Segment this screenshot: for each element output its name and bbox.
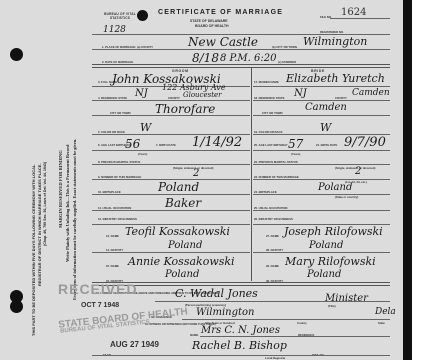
groom-county: Gloucester bbox=[183, 91, 222, 99]
bride-age-rule bbox=[253, 150, 390, 151]
received-stamp-date: OCT 7 1948 bbox=[81, 302, 119, 309]
witness-rule bbox=[200, 336, 390, 337]
deposit-instruction-1: THIS PART TO BE DEPOSITED WITHIN FIVE DA… bbox=[31, 165, 36, 336]
marriage-county: New Castle bbox=[188, 35, 258, 49]
groom-mother-nativity: Poland bbox=[165, 269, 199, 280]
date-rule bbox=[92, 64, 390, 68]
bride-industry-label: 26. INDUSTRY OR BUSINESS bbox=[254, 217, 293, 221]
bride-birthplace: Poland bbox=[318, 182, 352, 193]
groom-birth-date: 1/14/92 bbox=[192, 135, 242, 150]
bride-residence-rule bbox=[253, 100, 390, 101]
groom-mother-name: Annie Kossakowski bbox=[128, 255, 235, 268]
certificate-title: CERTIFICATE OF MARRIAGE bbox=[158, 9, 283, 16]
registrar-hint: Local Registrar bbox=[265, 356, 285, 360]
officiant-title-hint: (Title) bbox=[328, 304, 336, 308]
bride-county: Camden bbox=[352, 88, 390, 98]
deposit-instruction-2: REGISTRAR OF DISTRICT IN WHICH MARRIAGE … bbox=[37, 163, 42, 286]
scan-edge bbox=[403, 0, 412, 360]
bride-father-name-label: 27. NAME bbox=[266, 234, 279, 238]
marriage-city: Wilmington bbox=[303, 35, 367, 48]
bride-birthplace-hint: (State or country) bbox=[335, 195, 358, 199]
bride-marriage-no: 2 bbox=[355, 166, 361, 177]
bride-father-rule bbox=[253, 252, 390, 253]
bride-occupation-rule bbox=[253, 210, 390, 211]
groom-industry-label: 12. INDUSTRY OR BUSINESS bbox=[98, 217, 137, 221]
groom-marriage-no: 2 bbox=[193, 168, 199, 179]
bride-mother-name-label: 29. NAME bbox=[266, 264, 279, 268]
filed-date-stamp: AUG 27 1949 bbox=[110, 340, 159, 349]
groom-father-name-label: 13. NAME bbox=[106, 234, 119, 238]
groom-marital-rule bbox=[92, 164, 250, 165]
punch-hole-bottom-2 bbox=[10, 300, 23, 313]
residence-state-hint: State bbox=[378, 321, 385, 325]
witness-name: Mrs C. N. Jones bbox=[201, 325, 280, 336]
residence-rule bbox=[182, 319, 390, 320]
binding-margin-label: MARGIN RESERVED FOR BINDING bbox=[58, 150, 63, 228]
groom-age: 56 bbox=[125, 137, 140, 151]
groom-occupation-rule bbox=[92, 210, 250, 211]
bride-mother-name: Mary Rilofowski bbox=[285, 255, 376, 268]
witness-name-label: NAME bbox=[190, 333, 198, 337]
registrar-signature: Rachel B. Bishop bbox=[192, 339, 287, 352]
groom-age-unit: (Years) bbox=[138, 152, 147, 156]
officiant-rule bbox=[155, 301, 390, 302]
bride-city: Camden bbox=[305, 102, 347, 113]
bride-color: W bbox=[320, 121, 331, 134]
bride-father-nativity: Poland bbox=[309, 240, 343, 251]
bride-age: 57 bbox=[288, 137, 303, 151]
exact-statement-note: Every item of information must be carefu… bbox=[72, 139, 77, 300]
punch-hole-top bbox=[10, 48, 23, 61]
marriage-certificate: THIS PART TO BE DEPOSITED WITHIN FIVE DA… bbox=[0, 0, 403, 360]
officiant-signature: C. Wadal Jones bbox=[175, 287, 258, 300]
bride-mother-nativity: Poland bbox=[307, 269, 341, 280]
groom-city-rule bbox=[92, 115, 250, 116]
bride-birth-label: 21. BIRTH DATE bbox=[316, 143, 337, 147]
bride-birth-date: 9/7/90 bbox=[344, 135, 386, 150]
marriage-date: 8/18 bbox=[192, 51, 219, 65]
board-label: BOARD OF HEALTH bbox=[195, 24, 229, 28]
marriage-time: 8 P.M. 6:20 bbox=[220, 53, 276, 64]
groom-mother-name-label: 15. NAME bbox=[106, 264, 119, 268]
bride-mother-nativity-label: 30. NATIVITY bbox=[266, 279, 283, 283]
deposit-instruction-3: (Chap. 49, 799 Sec. 56, Laws of Del. Vol… bbox=[43, 162, 47, 246]
officiant-title: Minister bbox=[325, 293, 368, 304]
groom-color: W bbox=[140, 121, 151, 134]
file-no-line bbox=[330, 18, 390, 19]
residence-county-hint: County bbox=[297, 321, 307, 325]
punch-hole-header bbox=[137, 10, 148, 21]
groom-father-nativity: Poland bbox=[168, 240, 202, 251]
bride-name-rule bbox=[253, 86, 390, 87]
bride-birthplace-rule bbox=[253, 194, 390, 195]
groom-state: NJ bbox=[135, 88, 148, 99]
bride-father-name: Joseph Rilofowski bbox=[284, 225, 383, 238]
bride-marriage-no-rule bbox=[253, 179, 390, 180]
groom-city: Thorofare bbox=[155, 102, 215, 116]
column-divider bbox=[251, 67, 252, 281]
state-label: STATE OF DELAWARE bbox=[190, 19, 228, 23]
bride-name: Elizabeth Yuretch bbox=[286, 72, 385, 85]
bride-name-label: 17. MAIDEN NAME bbox=[254, 80, 279, 84]
write-plainly-note: Write Plainly with Unfading Ink—This is … bbox=[65, 145, 70, 263]
groom-age-rule bbox=[92, 150, 250, 151]
officiant-residence-city: Wilmington bbox=[196, 307, 255, 318]
groom-father-rule bbox=[92, 252, 250, 253]
bride-age-unit: (Years) bbox=[291, 152, 300, 156]
bureau-label: BUREAU OF VITAL STATISTICS bbox=[104, 12, 136, 20]
groom-residence-rule bbox=[92, 100, 250, 101]
groom-father-name: Teofil Kossakowski bbox=[125, 225, 230, 238]
received-stamp: RECEIVED bbox=[58, 281, 138, 297]
groom-birthplace: Poland bbox=[158, 180, 199, 194]
place-rule bbox=[92, 49, 390, 50]
bride-city-rule bbox=[253, 115, 390, 116]
groom-occupation: Baker bbox=[165, 196, 201, 210]
bride-state: NJ bbox=[294, 88, 307, 99]
groom-birth-label: 7. BIRTH DATE bbox=[156, 143, 176, 147]
bride-age-label: 20. AGE LAST BIRTHDAY bbox=[254, 143, 288, 147]
bottom-rule bbox=[92, 355, 390, 356]
file-number: 1624 bbox=[341, 7, 366, 18]
groom-birthplace-rule bbox=[92, 194, 250, 195]
binding-margin: THIS PART TO BE DEPOSITED WITHIN FIVE DA… bbox=[0, 0, 90, 360]
bride-marital-rule bbox=[253, 164, 390, 165]
officiant-residence-state: Dela bbox=[375, 307, 396, 317]
